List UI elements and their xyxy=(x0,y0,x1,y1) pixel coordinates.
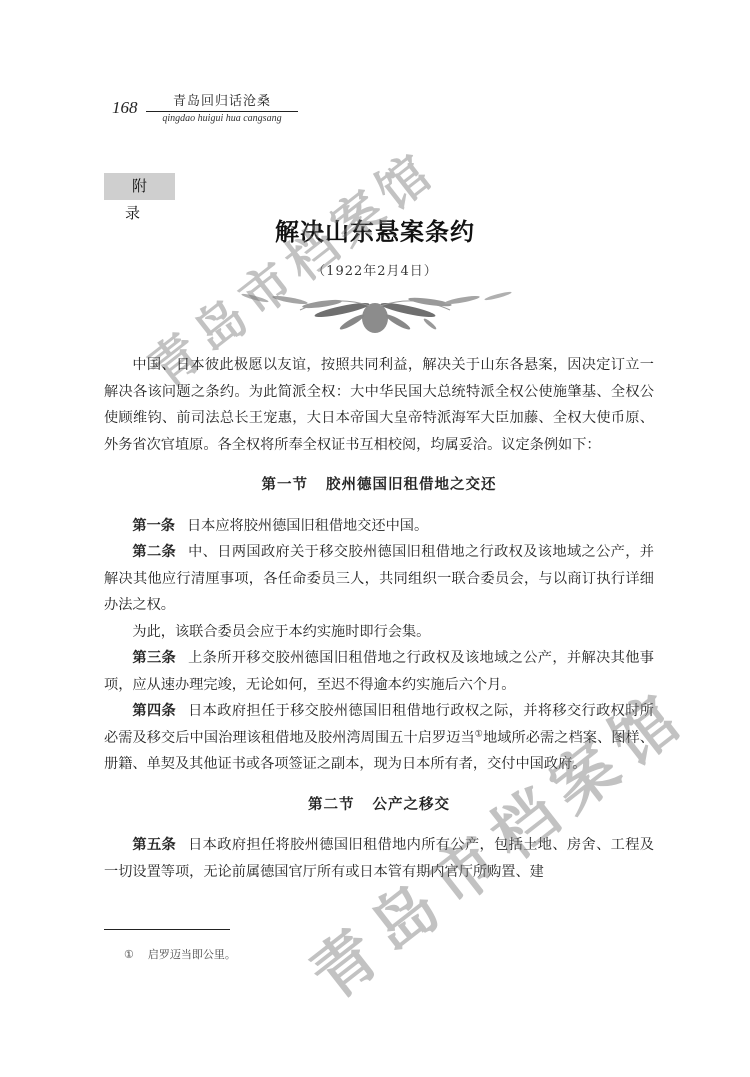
running-title: 青岛回归话沧桑 xyxy=(146,90,298,112)
article-label: 第四条 xyxy=(132,703,176,719)
floral-ornament-icon xyxy=(230,288,520,336)
section-title: 胶州德国旧租借地之交还 xyxy=(326,477,497,493)
article-1: 第一条日本应将胶州德国旧租借地交还中国。 xyxy=(104,513,654,540)
article-2-followup: 为此，该联合委员会应于本约实施时即行会集。 xyxy=(104,619,654,646)
document-title: 解决山东悬案条约 xyxy=(0,212,750,247)
section-title: 公产之移交 xyxy=(373,797,451,813)
footnote-mark: ① xyxy=(124,948,134,961)
article-label: 第五条 xyxy=(132,837,176,853)
footnote-reference[interactable]: ① xyxy=(475,729,483,739)
running-head: 青岛回归话沧桑 qingdao huigui hua cangsang xyxy=(146,90,298,124)
page-number: 168 xyxy=(112,98,138,118)
section-number: 第一节 xyxy=(262,477,309,493)
appendix-tag: 附录 xyxy=(104,173,175,200)
article-label: 第三条 xyxy=(132,650,176,666)
document-date: （1922年2月4日） xyxy=(0,260,750,279)
footnote-text: 启罗迈当即公里。 xyxy=(148,948,236,961)
article-4: 第四条日本政府担任于移交胶州德国旧租借地行政权之际，并将移交行政权时所必需及移交… xyxy=(104,698,654,778)
footnote-divider xyxy=(104,929,230,930)
article-text: 上条所开移交胶州德国旧租借地之行政权及该地域之公产，并解决其他事项，应从速办理完… xyxy=(104,650,654,693)
preamble-paragraph: 中国、日本彼此极愿以友谊，按照共同利益，解决关于山东各悬案，因决定订立一解决各该… xyxy=(104,352,654,458)
footnote: ①启罗迈当即公里。 xyxy=(124,946,236,962)
document-body: 中国、日本彼此极愿以友谊，按照共同利益，解决关于山东各悬案，因决定订立一解决各该… xyxy=(104,352,654,885)
article-text: 为此，该联合委员会应于本约实施时即行会集。 xyxy=(132,624,430,640)
article-3: 第三条上条所开移交胶州德国旧租借地之行政权及该地域之公产，并解决其他事项，应从速… xyxy=(104,645,654,698)
article-text: 日本政府担任将胶州德国旧租借地内所有公产，包括土地、房舍、工程及一切设置等项，无… xyxy=(104,837,654,880)
section-heading-1: 第一节胶州德国旧租借地之交还 xyxy=(104,472,654,499)
running-title-pinyin: qingdao huigui hua cangsang xyxy=(146,113,298,124)
article-2: 第二条中、日两国政府关于移交胶州德国旧租借地之行政权及该地域之公产，并解决其他应… xyxy=(104,539,654,619)
section-number: 第二节 xyxy=(308,797,355,813)
article-text: 中、日两国政府关于移交胶州德国旧租借地之行政权及该地域之公产，并解决其他应行清厘… xyxy=(104,544,654,613)
article-5: 第五条日本政府担任将胶州德国旧租借地内所有公产，包括土地、房舍、工程及一切设置等… xyxy=(104,832,654,885)
article-text: 日本应将胶州德国旧租借地交还中国。 xyxy=(187,518,428,534)
article-label: 第二条 xyxy=(132,544,176,560)
section-heading-2: 第二节公产之移交 xyxy=(104,792,654,819)
article-label: 第一条 xyxy=(132,518,175,534)
